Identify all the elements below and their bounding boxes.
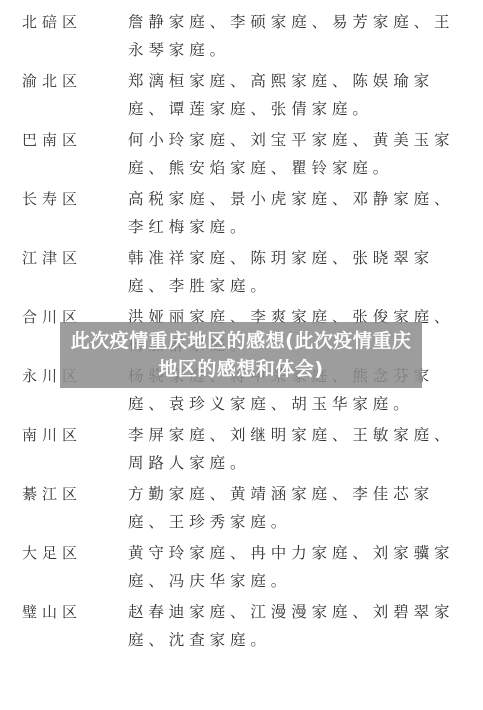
list-item: 巴南区 何小玲家庭、刘宝平家庭、黄美玉家庭、熊安焰家庭、瞿铃家庭。	[0, 126, 483, 185]
family-names: 方勤家庭、黄靖涵家庭、李佳芯家庭、王珍秀家庭。	[128, 480, 468, 536]
district-label: 北碚区	[22, 8, 82, 36]
district-label: 大足区	[22, 539, 82, 567]
list-item: 璧山区 赵春迪家庭、江漫漫家庭、刘碧翠家庭、沈查家庭。	[0, 598, 483, 657]
district-label: 南川区	[22, 421, 82, 449]
district-label: 璧山区	[22, 598, 82, 626]
title-overlay-banner: 此次疫情重庆地区的感想(此次疫情重庆地区的感想和体会)	[60, 322, 422, 388]
family-names: 詹静家庭、李硕家庭、易芳家庭、王永琴家庭。	[128, 8, 468, 64]
family-names: 李屏家庭、刘继明家庭、王敏家庭、周路人家庭。	[128, 421, 468, 477]
list-item: 南川区 李屏家庭、刘继明家庭、王敏家庭、周路人家庭。	[0, 421, 483, 480]
list-item: 大足区 黄守玲家庭、冉中力家庭、刘家骥家庭、冯庆华家庭。	[0, 539, 483, 598]
family-names: 高税家庭、景小虎家庭、邓静家庭、李红梅家庭。	[128, 185, 468, 241]
overlay-title: 此次疫情重庆地区的感想(此次疫情重庆地区的感想和体会)	[66, 327, 416, 383]
family-names: 赵春迪家庭、江漫漫家庭、刘碧翠家庭、沈查家庭。	[128, 598, 468, 654]
family-names: 郑漓桓家庭、高熙家庭、陈娱瑜家庭、谭莲家庭、张倩家庭。	[128, 67, 468, 123]
district-label: 渝北区	[22, 67, 82, 95]
family-names: 何小玲家庭、刘宝平家庭、黄美玉家庭、熊安焰家庭、瞿铃家庭。	[128, 126, 468, 182]
list-item: 渝北区 郑漓桓家庭、高熙家庭、陈娱瑜家庭、谭莲家庭、张倩家庭。	[0, 67, 483, 126]
list-item: 江津区 韩准祥家庭、陈玥家庭、张晓翠家庭、李胜家庭。	[0, 244, 483, 303]
list-item: 綦江区 方勤家庭、黄靖涵家庭、李佳芯家庭、王珍秀家庭。	[0, 480, 483, 539]
district-label: 江津区	[22, 244, 82, 272]
family-names: 黄守玲家庭、冉中力家庭、刘家骥家庭、冯庆华家庭。	[128, 539, 468, 595]
family-names: 韩准祥家庭、陈玥家庭、张晓翠家庭、李胜家庭。	[128, 244, 468, 300]
district-label: 长寿区	[22, 185, 82, 213]
list-item: 长寿区 高税家庭、景小虎家庭、邓静家庭、李红梅家庭。	[0, 185, 483, 244]
district-label: 綦江区	[22, 480, 82, 508]
district-label: 巴南区	[22, 126, 82, 154]
list-item: 北碚区 詹静家庭、李硕家庭、易芳家庭、王永琴家庭。	[0, 8, 483, 67]
